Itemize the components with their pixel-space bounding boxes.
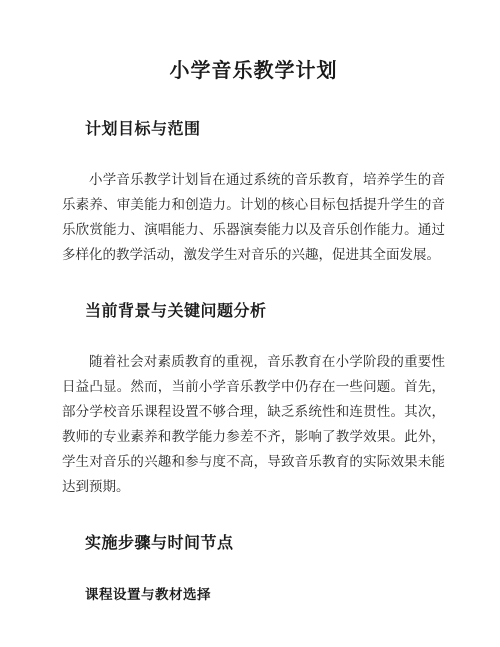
section-heading-implementation-timeline: 实施步骤与时间节点 (85, 533, 445, 554)
paragraph-goals-scope: 小学音乐教学计划旨在通过系统的音乐教育，培养学生的音乐素养、审美能力和创造力。计… (62, 167, 445, 267)
section-heading-goals-scope: 计划目标与范围 (85, 119, 445, 140)
section-heading-background-analysis: 当前背景与关键问题分析 (85, 301, 445, 322)
paragraph-background-analysis: 随着社会对素质教育的重视，音乐教育在小学阶段的重要性日益凸显。然而，当前小学音乐… (62, 349, 445, 499)
subsection-heading-curriculum-materials: 课程设置与教材选择 (85, 586, 445, 604)
document-page: 小学音乐教学计划 计划目标与范围 小学音乐教学计划旨在通过系统的音乐教育，培养学… (0, 0, 500, 647)
document-title: 小学音乐教学计划 (62, 57, 445, 85)
